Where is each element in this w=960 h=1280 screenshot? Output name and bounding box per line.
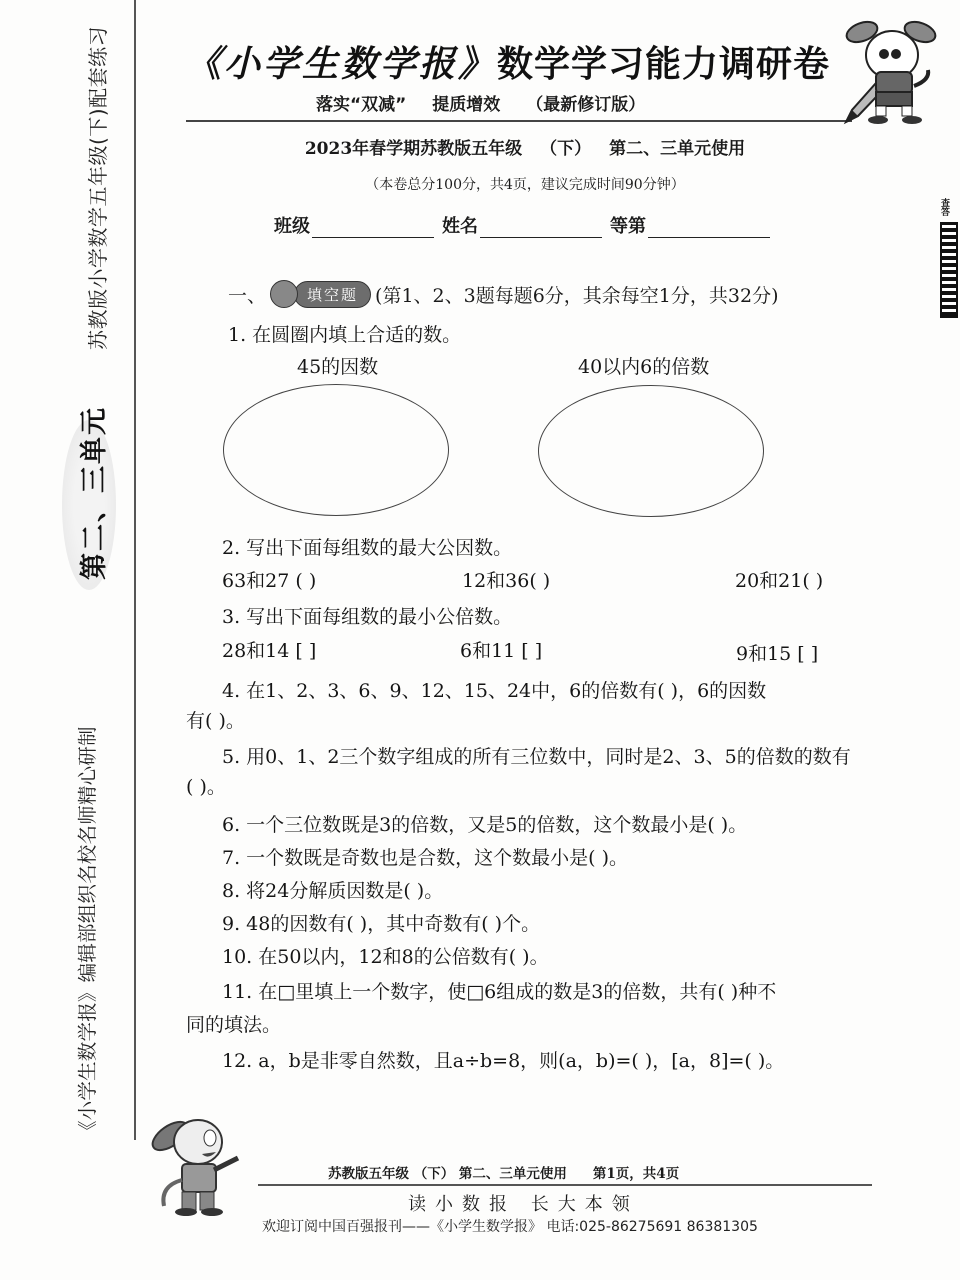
qr-code-icon[interactable]	[940, 222, 958, 318]
name-field[interactable]: 姓名	[442, 212, 602, 238]
subtitle-slogan-1: 落实“双减”	[316, 95, 406, 115]
mascot-badge-icon	[270, 280, 298, 308]
side-publisher-text: 《小学生数学报》编辑部组织名校名师精心研制	[72, 726, 100, 1140]
term-units: 第二、三单元使用	[609, 139, 745, 159]
q1-right-label: 40以内6的倍数	[578, 352, 709, 379]
q3-item-1[interactable]: 28和14 [ ]	[222, 636, 316, 663]
grade-input-line[interactable]	[648, 217, 770, 238]
side-unit-badge: 第二、三单元	[62, 420, 116, 590]
term-year-grade: 2023年春学期苏教版五年级	[305, 139, 522, 159]
section-number: 一、	[228, 281, 266, 308]
side-unit-text: 第二、三单元	[72, 406, 111, 580]
section-header: 一、 填空题 (第1、2、3题每题6分，其余每空1分，共32分)	[228, 280, 778, 308]
header-divider	[186, 120, 852, 122]
page-title: 《小学生数学报》数学学习能力调研卷	[185, 36, 830, 87]
q2-item-3[interactable]: 20和21( )	[735, 566, 823, 593]
mascot-pointing-icon	[142, 1100, 252, 1220]
question-9[interactable]: 9. 48的因数有( )，其中奇数有( )个。	[222, 909, 540, 936]
section-badge: 填空题	[270, 280, 371, 308]
term-volume: （下）	[540, 139, 591, 159]
question-11-line-1[interactable]: 11. 在□里填上一个数字，使□6组成的数是3的倍数，共有( )种不	[222, 977, 776, 1004]
qr-label: 查答	[938, 198, 951, 216]
answer-ellipse-factors-45[interactable]	[223, 384, 449, 516]
q2-item-2[interactable]: 12和36( )	[462, 566, 550, 593]
subtitle: 落实“双减” 提质增效 （最新修订版）	[316, 90, 665, 115]
grade-field[interactable]: 等第	[610, 212, 770, 238]
question-12[interactable]: 12. a，b是非零自然数，且a÷b=8，则(a，b)=( )，[a，8]=( …	[222, 1046, 784, 1073]
footer-subscribe: 欢迎订阅中国百强报刊——《小学生数学报》 电话:025-86275691 863…	[262, 1216, 758, 1236]
question-7[interactable]: 7. 一个数既是奇数也是合数，这个数最小是( )。	[222, 843, 628, 870]
question-5-line-1: 5. 用0、1、2三个数字组成的所有三位数中，同时是2、3、5的倍数的数有	[222, 742, 851, 769]
question-4-line-2[interactable]: 有( )。	[186, 706, 245, 733]
title-rest: 数学学习能力调研卷	[497, 44, 830, 85]
name-input-line[interactable]	[480, 217, 602, 238]
question-2: 2. 写出下面每组数的最大公因数。	[222, 533, 512, 560]
q2-item-1[interactable]: 63和27 ( )	[222, 566, 316, 593]
class-field[interactable]: 班级	[274, 212, 434, 238]
footer-info: 苏教版五年级 （下） 第二、三单元使用第1页，共4页	[328, 1162, 679, 1182]
question-10[interactable]: 10. 在50以内，12和8的公倍数有( )。	[222, 942, 549, 969]
grade-label: 等第	[610, 212, 646, 238]
name-label: 姓名	[442, 212, 478, 238]
class-label: 班级	[274, 212, 310, 238]
subtitle-slogan-2: 提质增效	[432, 95, 500, 115]
question-11-line-2: 同的填法。	[186, 1010, 281, 1037]
margin-divider-line	[134, 0, 136, 1140]
mascot-with-pencil-icon	[832, 10, 952, 125]
page-indicator: 第1页，共4页	[593, 1166, 679, 1182]
question-5-line-2[interactable]: ( )。	[186, 772, 226, 799]
student-info-fields: 班级 姓名 等第	[274, 212, 778, 238]
q1-left-label: 45的因数	[297, 352, 378, 379]
exam-note: （本卷总分100分，共4页，建议完成时间90分钟）	[0, 174, 960, 194]
term-info: 2023年春学期苏教版五年级（下）第二、三单元使用	[0, 134, 960, 159]
question-3: 3. 写出下面每组数的最小公倍数。	[222, 602, 512, 629]
subtitle-edition: （最新修订版）	[526, 95, 645, 115]
question-1: 1. 在圆圈内填上合适的数。	[228, 320, 461, 347]
section-badge-label: 填空题	[294, 281, 371, 308]
section-scoring: (第1、2、3题每题6分，其余每空1分，共32分)	[375, 281, 778, 308]
class-input-line[interactable]	[312, 217, 434, 238]
question-4-line-1[interactable]: 4. 在1、2、3、6、9、12、15、24中，6的倍数有( )，6的因数	[222, 676, 766, 703]
question-8[interactable]: 8. 将24分解质因数是( )。	[222, 876, 443, 903]
footer-edition: 苏教版五年级 （下） 第二、三单元使用	[328, 1166, 567, 1182]
answer-ellipse-multiples-6[interactable]	[538, 385, 764, 517]
question-6[interactable]: 6. 一个三位数既是3的倍数，又是5的倍数，这个数最小是( )。	[222, 810, 747, 837]
q3-item-3[interactable]: 9和15 [ ]	[736, 639, 818, 666]
footer-divider	[258, 1184, 872, 1186]
q3-item-2[interactable]: 6和11 [ ]	[460, 636, 542, 663]
title-brand: 《小学生数学报》	[185, 43, 497, 85]
footer-slogan: 读小数报 长大本领	[408, 1190, 639, 1216]
